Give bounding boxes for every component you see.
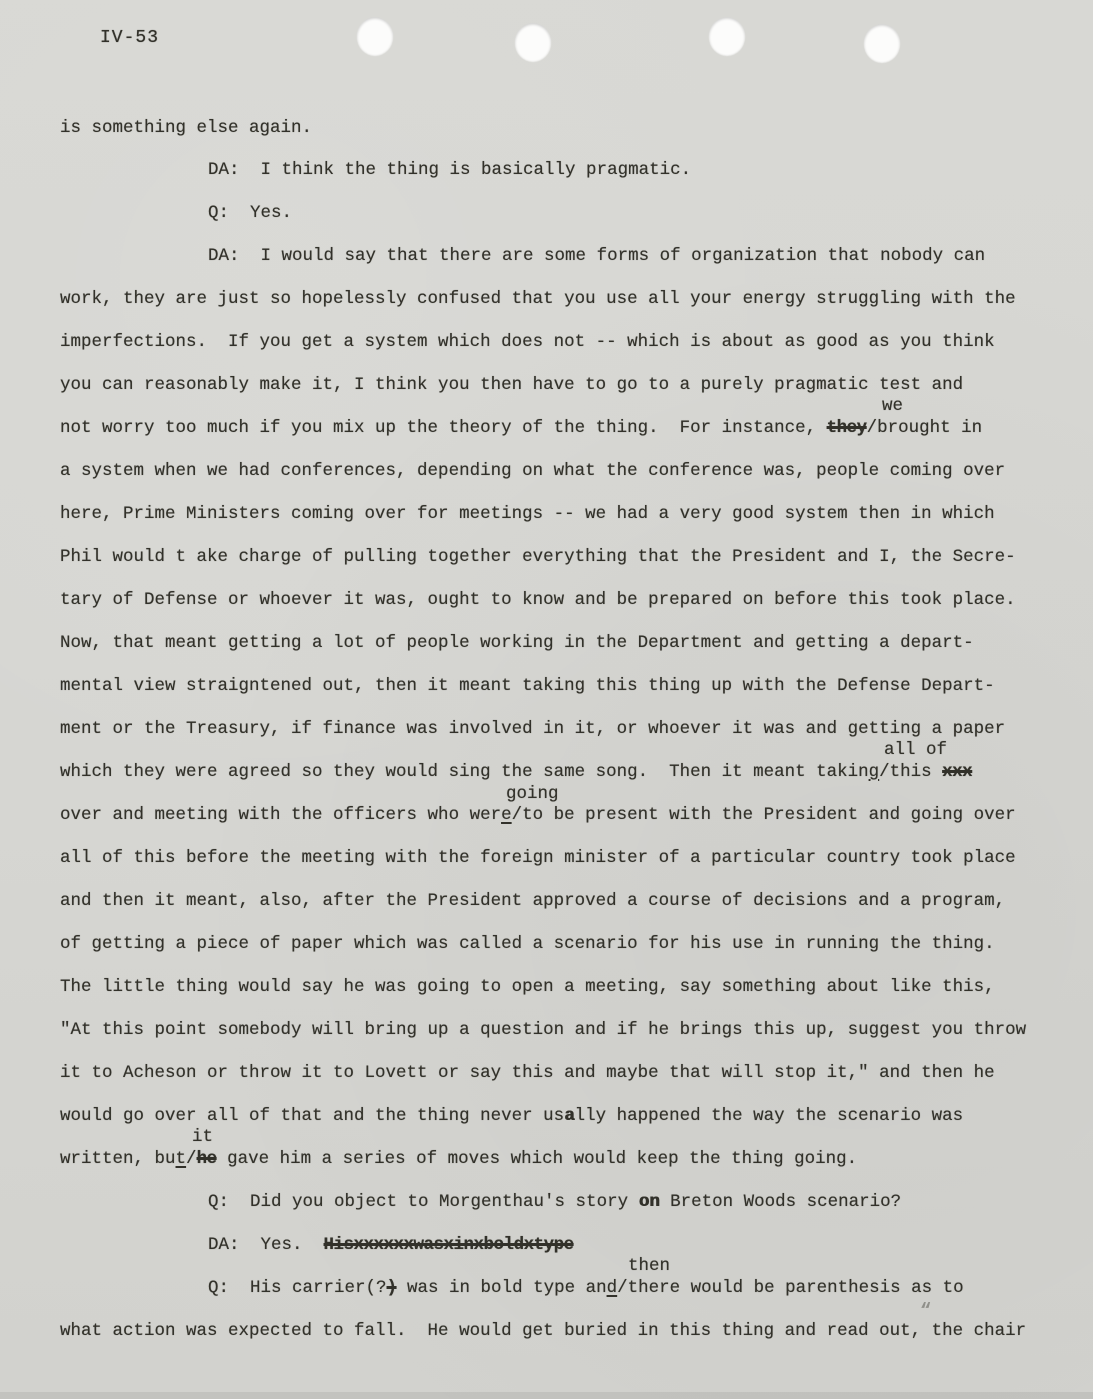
text-segment: gave him a series of moves which would k… <box>217 1149 858 1169</box>
text-line: is something else again. <box>60 118 312 139</box>
text-segment: lly happened the way the scenario was <box>575 1106 964 1126</box>
text-segment: The little thing would say he was going … <box>60 977 995 997</box>
inserted-word: we <box>882 396 903 417</box>
text-segment: mental view straigntened out, then it me… <box>60 676 995 696</box>
text-line: all of this before the meeting with the … <box>60 848 1016 869</box>
text-segment: “ <box>920 1300 931 1322</box>
struck-text: xxx <box>942 762 972 782</box>
text-line: Q: Did you object to Morgenthau's story … <box>208 1192 901 1213</box>
text-line: work, they are just so hopelessly confus… <box>60 289 1016 310</box>
text-segment: then <box>628 1256 670 1276</box>
struck-text: ) <box>387 1278 397 1298</box>
punch-hole <box>709 17 745 55</box>
text-segment: was in bold type an <box>397 1278 607 1298</box>
text-segment: which they were agreed so they would sin… <box>60 762 869 782</box>
text-segment: Breton Woods scenario? <box>660 1192 902 1212</box>
text-line: you can reasonably make it, I think you … <box>60 375 963 396</box>
text-line: written, but/he gave him a series of mov… <box>60 1149 857 1170</box>
text-segment: DA: Yes. <box>208 1235 324 1255</box>
text-segment: /this <box>879 762 942 782</box>
text-line: The little thing would say he was going … <box>60 977 995 998</box>
text-segment: and then it meant, also, after the Presi… <box>60 891 1005 911</box>
text-line: ment or the Treasury, if finance was inv… <box>60 719 1005 740</box>
text-line: DA: Yes. Hisxxxxxxwasxinxboldxtype <box>208 1235 574 1256</box>
text-segment: Phil would t ake charge of pulling toget… <box>60 547 1016 567</box>
inserted-word: then <box>628 1256 670 1277</box>
text-segment: DA: I would say that there are some form… <box>208 246 985 266</box>
underlined-text: g <box>869 762 880 782</box>
text-segment: work, they are just so hopelessly confus… <box>60 289 1016 309</box>
text-line: would go over all of that and the thing … <box>60 1106 963 1127</box>
document-page: IV-53 is something else again.DA: I thin… <box>0 0 1093 1399</box>
text-line: Phil would t ake charge of pulling toget… <box>60 547 1016 568</box>
text-line: imperfections. If you get a system which… <box>60 332 995 353</box>
inserted-word: going <box>506 784 559 805</box>
text-line: Now, that meant getting a lot of people … <box>60 633 974 654</box>
text-segment: is something else again. <box>60 118 312 138</box>
text-line: and then it meant, also, after the Presi… <box>60 891 1005 912</box>
text-line: mental view straigntened out, then it me… <box>60 676 995 697</box>
underlined-text: e <box>501 805 512 825</box>
inserted-word: it <box>192 1127 213 1148</box>
pencil-mark: “ <box>920 1300 931 1323</box>
text-segment: it <box>192 1127 213 1147</box>
text-segment: "At this point somebody will bring up a … <box>60 1020 1026 1040</box>
text-segment: /brought in <box>867 418 983 438</box>
text-segment: tary of Defense or whoever it was, ought… <box>60 590 1016 610</box>
overtyped-text: a <box>564 1106 575 1126</box>
text-line: not worry too much if you mix up the the… <box>60 418 982 439</box>
text-segment: Q: His carrier(? <box>208 1278 387 1298</box>
text-segment: Q: Yes. <box>208 203 292 223</box>
text-segment: / <box>186 1149 197 1169</box>
text-segment: you can reasonably make it, I think you … <box>60 375 963 395</box>
text-line: Q: Yes. <box>208 203 292 224</box>
punch-hole <box>357 17 393 55</box>
text-line: DA: I think the thing is basically pragm… <box>208 160 691 181</box>
text-line: Q: His carrier(?) was in bold type and/t… <box>208 1278 964 1299</box>
underlined-text: d <box>607 1278 618 1298</box>
struck-text: he <box>197 1149 217 1169</box>
text-line: it to Acheson or throw it to Lovett or s… <box>60 1063 995 1084</box>
text-segment: Now, that meant getting a lot of people … <box>60 633 974 653</box>
text-segment: DA: I think the thing is basically pragm… <box>208 160 691 180</box>
text-segment: /there would be parenthesis as to <box>617 1278 964 1298</box>
text-line: tary of Defense or whoever it was, ought… <box>60 590 1016 611</box>
struck-text: they <box>827 418 867 438</box>
text-segment: a system when we had conferences, depend… <box>60 461 1005 481</box>
text-line: over and meeting with the officers who w… <box>60 805 1016 826</box>
text-segment: ment or the Treasury, if finance was inv… <box>60 719 1005 739</box>
text-segment: not worry too much if you mix up the the… <box>60 418 827 438</box>
text-segment: /to be present with the President and go… <box>512 805 1016 825</box>
text-segment: over and meeting with the officers who w… <box>60 805 501 825</box>
page-number: IV-53 <box>100 28 159 48</box>
inserted-word: all of <box>884 740 947 761</box>
text-segment: it to Acheson or throw it to Lovett or s… <box>60 1063 995 1083</box>
text-segment: going <box>506 784 559 804</box>
text-line: a system when we had conferences, depend… <box>60 461 1005 482</box>
punch-hole <box>515 23 551 61</box>
text-line: what action was expected to fall. He wou… <box>60 1321 1026 1342</box>
text-segment: all of this before the meeting with the … <box>60 848 1016 868</box>
text-segment: here, Prime Ministers coming over for me… <box>60 504 995 524</box>
text-segment: what action was expected to fall. He wou… <box>60 1321 1026 1341</box>
text-line: here, Prime Ministers coming over for me… <box>60 504 995 525</box>
text-line: of getting a piece of paper which was ca… <box>60 934 995 955</box>
text-segment: written, bu <box>60 1149 176 1169</box>
text-segment: we <box>882 396 903 416</box>
text-segment: all of <box>884 740 947 760</box>
text-segment: of getting a piece of paper which was ca… <box>60 934 995 954</box>
text-segment: Q: Did you object to Morgenthau's story <box>208 1192 639 1212</box>
underlined-text: t <box>176 1149 187 1169</box>
overtyped-text: on <box>639 1192 660 1212</box>
text-line: which they were agreed so they would sin… <box>60 762 972 783</box>
punch-hole <box>864 24 900 62</box>
text-line: "At this point somebody will bring up a … <box>60 1020 1026 1041</box>
struck-text: Hisxxxxxxwasxinxboldxtype <box>324 1235 574 1255</box>
text-line: DA: I would say that there are some form… <box>208 246 985 267</box>
text-segment: would go over all of that and the thing … <box>60 1106 564 1126</box>
text-segment: imperfections. If you get a system which… <box>60 332 995 352</box>
